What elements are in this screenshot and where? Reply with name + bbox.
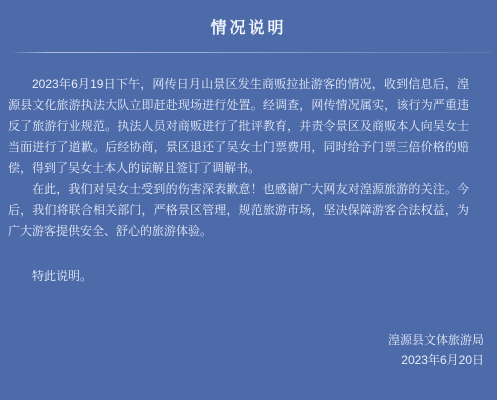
notice-body: 2023年6月19日下午，网传日月山景区发生商贩拉扯游客的情况，收到信息后，湟 … [0, 53, 497, 370]
body-line: 广大游客提供安全、舒心的旅游体验。 [8, 221, 469, 242]
signature-block: 湟源县文体旅游局 2023年6月20日 [8, 330, 484, 370]
body-line: 当面进行了道歉。后经协商，景区退还了吴女士门票费用，同时给予门票三倍价格的赔 [8, 137, 469, 158]
notice-page: 情况说明 2023年6月19日下午，网传日月山景区发生商贩拉扯游客的情况，收到信… [0, 0, 497, 400]
signature-date: 2023年6月20日 [8, 350, 484, 370]
body-line: 反了旅游行业规范。执法人员对商贩进行了批评教育，并责令景区及商贩本人向吴女士 [8, 116, 469, 137]
body-line: 偿，得到了吴女士本人的谅解且签订了调解书。 [8, 158, 469, 179]
page-title: 情况说明 [210, 15, 286, 38]
signature-org: 湟源县文体旅游局 [8, 330, 484, 350]
body-line: 2023年6月19日下午，网传日月山景区发生商贩拉扯游客的情况，收到信息后，湟 [8, 74, 469, 95]
closing-line: 特此说明。 [8, 266, 469, 287]
body-line: 源县文化旅游执法大队立即赶赴现场进行处置。经调查，网传情况属实，该行为严重违 [8, 95, 469, 116]
notice-header: 情况说明 [0, 0, 497, 52]
body-line: 在此，我们对吴女士受到的伤害深表歉意！也感谢广大网友对湟源旅游的关注。今 [8, 179, 469, 200]
body-line: 后，我们将联合相关部门，严格景区管理，规范旅游市场，坚决保障游客合法权益，为 [8, 200, 469, 221]
